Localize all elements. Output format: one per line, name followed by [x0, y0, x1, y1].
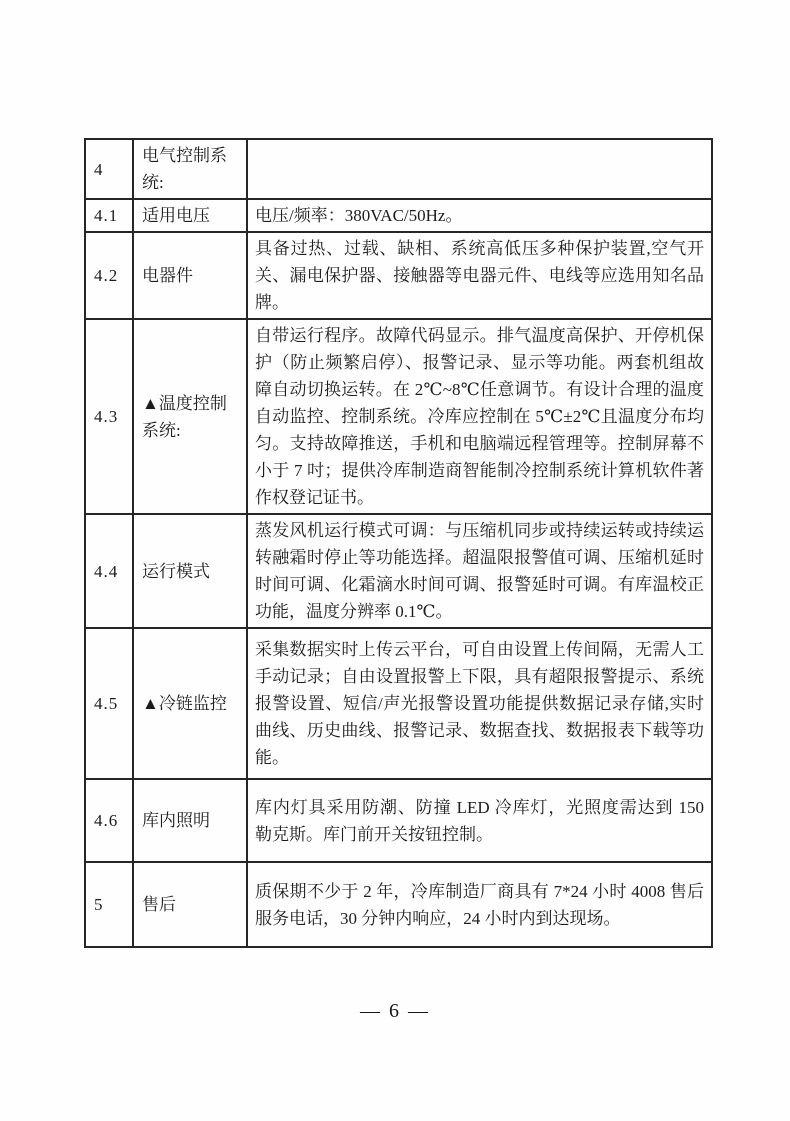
row-label: 库内照明	[133, 779, 247, 862]
document-page: 4 电气控制系统: 4.1 适用电压 电压/频率：380VAC/50Hz。 4.…	[0, 0, 790, 1121]
row-label: 电器件	[133, 232, 247, 319]
table-row: 5 售后 质保期不少于 2 年，冷库制造厂商具有 7*24 小时 4008 售后…	[85, 862, 712, 947]
row-number: 4.1	[85, 199, 133, 232]
row-description	[247, 139, 712, 199]
row-label: 运行模式	[133, 514, 247, 628]
row-number: 4.3	[85, 319, 133, 514]
row-number: 4.5	[85, 628, 133, 779]
spec-table: 4 电气控制系统: 4.1 适用电压 电压/频率：380VAC/50Hz。 4.…	[84, 138, 713, 948]
table-row: 4.4 运行模式 蒸发风机运行模式可调：与压缩机同步或持续运转或持续运转融霜时停…	[85, 514, 712, 628]
row-description: 自带运行程序。故障代码显示。排气温度高保护、开停机保护（防止频繁启停）、报警记录…	[247, 319, 712, 514]
row-description: 蒸发风机运行模式可调：与压缩机同步或持续运转或持续运转融霜时停止等功能选择。超温…	[247, 514, 712, 628]
row-description: 电压/频率：380VAC/50Hz。	[247, 199, 712, 232]
row-label: ▲温度控制系统:	[133, 319, 247, 514]
table-row: 4.3 ▲温度控制系统: 自带运行程序。故障代码显示。排气温度高保护、开停机保护…	[85, 319, 712, 514]
table-row: 4.2 电器件 具备过热、过载、缺相、系统高低压多种保护装置,空气开关、漏电保护…	[85, 232, 712, 319]
table-row: 4 电气控制系统:	[85, 139, 712, 199]
row-number: 4	[85, 139, 133, 199]
row-label: 电气控制系统:	[133, 139, 247, 199]
row-number: 5	[85, 862, 133, 947]
row-number: 4.4	[85, 514, 133, 628]
row-number: 4.2	[85, 232, 133, 319]
table-row: 4.1 适用电压 电压/频率：380VAC/50Hz。	[85, 199, 712, 232]
row-description: 库内灯具采用防潮、防撞 LED 冷库灯，光照度需达到 150 勒克斯。库门前开关…	[247, 779, 712, 862]
table-row: 4.5 ▲冷链监控 采集数据实时上传云平台，可自由设置上传间隔，无需人工手动记录…	[85, 628, 712, 779]
page-number: — 6 —	[0, 1000, 790, 1023]
row-label: 适用电压	[133, 199, 247, 232]
row-description: 具备过热、过载、缺相、系统高低压多种保护装置,空气开关、漏电保护器、接触器等电器…	[247, 232, 712, 319]
row-description: 采集数据实时上传云平台，可自由设置上传间隔，无需人工手动记录；自由设置报警上下限…	[247, 628, 712, 779]
row-label: 售后	[133, 862, 247, 947]
row-description: 质保期不少于 2 年，冷库制造厂商具有 7*24 小时 4008 售后服务电话，…	[247, 862, 712, 947]
row-number: 4.6	[85, 779, 133, 862]
table-row: 4.6 库内照明 库内灯具采用防潮、防撞 LED 冷库灯，光照度需达到 150 …	[85, 779, 712, 862]
row-label: ▲冷链监控	[133, 628, 247, 779]
